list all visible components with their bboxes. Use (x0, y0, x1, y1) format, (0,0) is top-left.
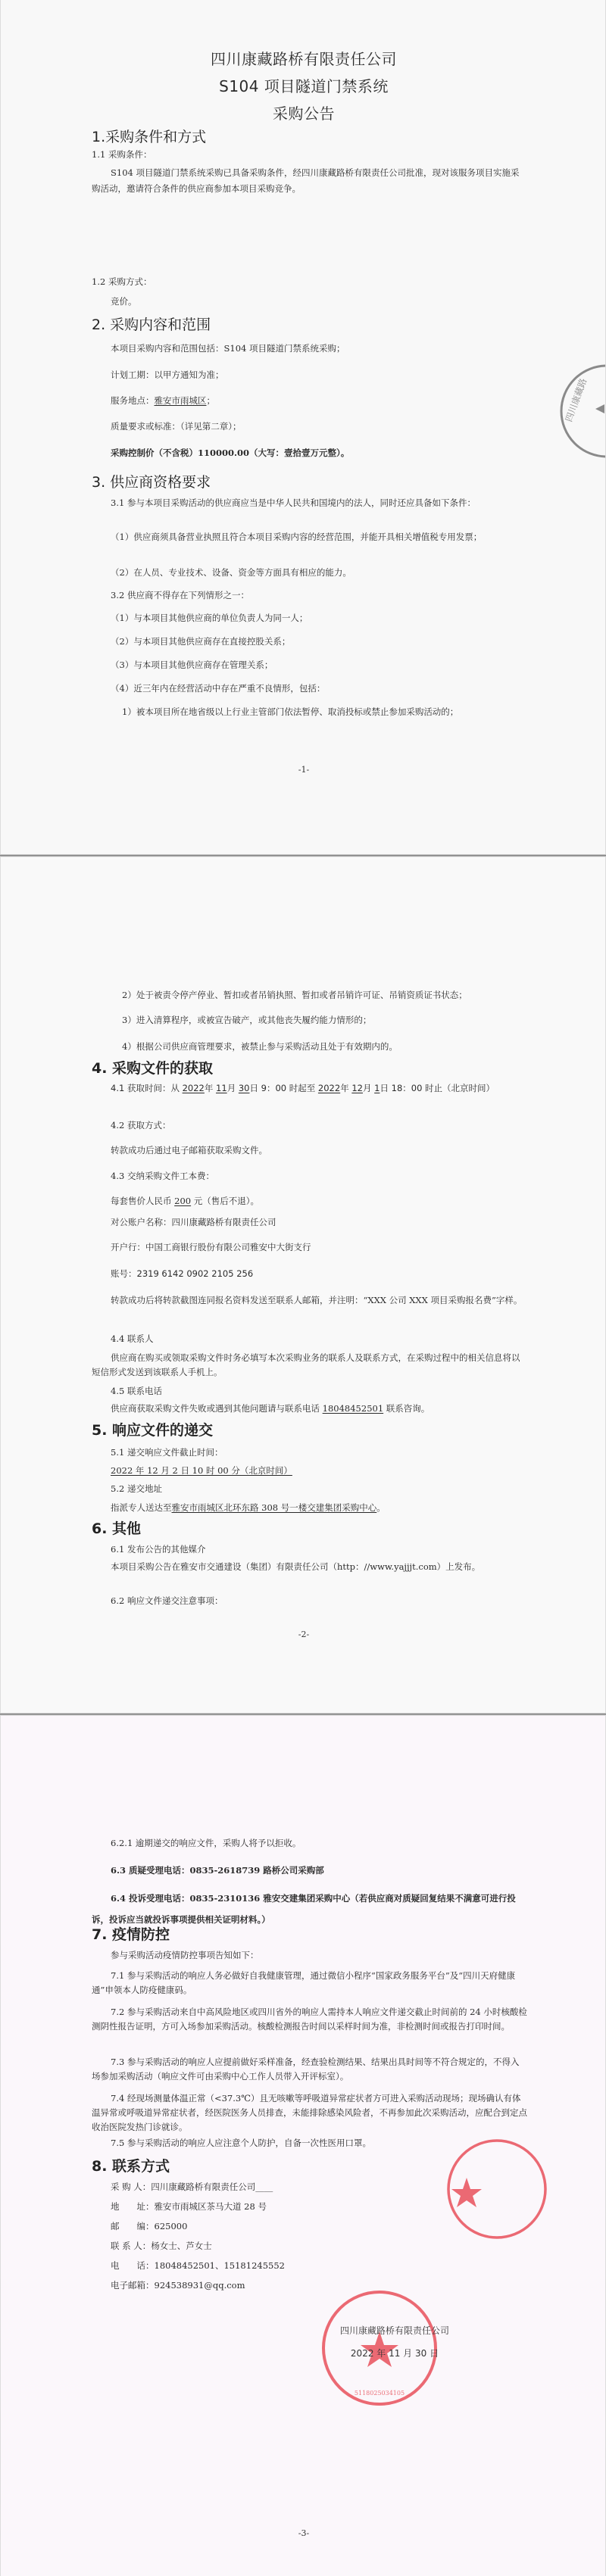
svg-text:5118025034105: 5118025034105 (355, 2390, 405, 2397)
contact-phone-link: 18048452501 (323, 1403, 383, 1414)
location-value: 雅安市雨城区 (155, 395, 207, 406)
s7-item-3: 7.3 参与采购活动的响应人应提前做好采样准备，经查验检测结果、结果出具时间等不… (92, 2055, 527, 2084)
s1-2-text: 竞价。 (111, 294, 535, 309)
s3-1-text: 3.1 参与本项目采购活动的供应商应当是中华人民共和国境内的法人，同时还应具备如… (92, 496, 527, 510)
section-6-heading: 6. 其他 (92, 1517, 141, 1538)
s4-4-label: 4.4 联系人 (111, 1331, 535, 1346)
location-text: 服务地点：雅安市雨城区； (111, 393, 535, 408)
account-name: 对公账户名称：四川康藏路桥有限责任公司 (111, 1215, 535, 1230)
page-number-2: -2- (1, 1629, 606, 1639)
svg-text:四川康藏路: 四川康藏路 (563, 376, 589, 423)
page-number-1: -1- (1, 765, 606, 775)
s1-1-text: S104 项目隧道门禁系统采购已具备采购条件，经四川康藏路桥有限责任公司批准，现… (92, 165, 527, 197)
s6-1-label: 6.1 发布公告的其他媒介 (111, 1542, 535, 1557)
section-5-heading: 5. 响应文件的递交 (92, 1419, 213, 1439)
page-number-3: -3- (1, 2528, 606, 2538)
company-seal-partial: 四川康藏路 (558, 362, 606, 460)
section-1-heading: 1.采购条件和方式 (92, 126, 206, 146)
s5-2-label: 5.2 递交地址 (111, 1481, 535, 1496)
transfer-note: 转款成功后将转款截图连同报名资料发送至联系人邮箱，并注明：“XXX 公司 XXX… (92, 1290, 527, 1311)
s7-item-2: 7.2 参与采购活动来自中高风险地区或四川省外的响应人需持本人响应文件递交截止时… (92, 2005, 527, 2034)
s3-2-item-4: （4）近三年内在经营活动中存在严重不良情形，包括： (111, 681, 535, 696)
bad-item-3: 3）进入清算程序，或被宣告破产，或其他丧失履约能力情形的； (122, 1012, 546, 1028)
section-3-heading: 3. 供应商资格要求 (92, 471, 211, 491)
s7-item-4: 7.4 经现场测量体温正常（<37.3℃）且无咳嗽等呼吸道异常症状者方可进入采购… (92, 2091, 527, 2135)
doc-type-title: 采购公告 (1, 101, 606, 123)
bad-item-1: 1）被本项目所在地省级以上行业主管部门依法暂停、取消投标或禁止参加采购活动的； (122, 704, 546, 719)
s7-intro: 参与采购活动疫情防控事项告知如下： (111, 1948, 535, 1963)
s4-5-text: 供应商获取采购文件失败或遇到其他问题请与联系电话 18048452501 联系咨… (111, 1401, 535, 1416)
s7-item-1: 7.1 参与采购活动的响应人务必做好自我健康管理，通过微信小程序“国家政务服务平… (92, 1969, 527, 1997)
signature-date: 2022 年 11 月 30 日 (334, 2347, 455, 2359)
scope-text: 本项目采购内容和范围包括：S104 项目隧道门禁系统采购； (111, 341, 535, 356)
s3-2-item-3: （3）与本项目其他供应商存在管理关系； (111, 657, 535, 672)
s5-1-value: 2022 年 12 月 2 日 10 时 00 分（北京时间） (111, 1463, 535, 1478)
s4-2-text: 转款成功后通过电子邮箱获取采购文件。 (111, 1143, 535, 1158)
s1-2-label: 1.2 采购方式： (92, 274, 516, 289)
section-4-heading: 4. 采购文件的获取 (92, 1057, 213, 1077)
s1-1-label: 1.1 采购条件： (92, 147, 516, 162)
s4-4-text: 供应商在购买或领取采购文件时务必填写本次采购业务的联系人及联系方式，在采购过程中… (92, 1351, 527, 1380)
s3-2-item-1: （1）与本项目其他供应商的单位负责人为同一人； (111, 610, 535, 625)
s6-1-text: 本项目采购公告在雅安市交通建设（集团）有限责任公司（http：//www.yaj… (92, 1560, 527, 1574)
s4-3-text: 每套售价人民币 200 元（售后不退）。 (111, 1193, 535, 1208)
signature-company: 四川康藏路桥有限责任公司 (319, 2324, 470, 2337)
bad-item-4: 4）根据公司供应商管理要求，被禁止参与采购活动且处于有效期内的。 (122, 1039, 546, 1054)
seal-icon (444, 2136, 550, 2242)
s4-1-text: 4.1 获取时间：从 2022年 11月 30日 9：00 时起至 2022年 … (92, 1081, 527, 1096)
schedule-text: 计划工期：以甲方通知为准； (111, 367, 535, 382)
s6-2-label: 6.2 响应文件递交注意事项： (111, 1593, 535, 1608)
page-1: 四川康藏路桥有限责任公司 S104 项目隧道门禁系统 采购公告 1.采购条件和方… (0, 0, 606, 854)
quality-text: 质量要求或标准：（详见第二章）； (111, 419, 535, 434)
s4-3-label: 4.3 交纳采购文件工本费： (111, 1168, 535, 1184)
section-8-heading: 8. 联系方式 (92, 2155, 170, 2175)
account-number: 账号：2319 6142 0902 2105 256 (111, 1266, 535, 1281)
s6-2-1-text: 6.2.1 逾期递交的响应文件，采购人将予以拒收。 (111, 1835, 535, 1851)
bad-item-2: 2）处于被责令停产停业、暂扣或者吊销执照、暂扣或者吊销许可证、吊销资质证书状态； (122, 987, 546, 1003)
company-seal-upper (444, 2136, 550, 2242)
bank-name: 开户行：中国工商银行股份有限公司雅安中大街支行 (111, 1240, 535, 1255)
page-3: 6.2.1 逾期递交的响应文件，采购人将予以拒收。 6.3 质疑受理电话：083… (0, 1716, 606, 2576)
company-title: 四川康藏路桥有限责任公司 (1, 47, 606, 69)
phone-line: 电 话：18048452501、15181245552 (111, 2258, 535, 2273)
section-2-heading: 2. 采购内容和范围 (92, 313, 211, 334)
s4-5-label: 4.5 联系电话 (111, 1383, 535, 1399)
delivery-address: 雅安市雨城区北环东路 308 号一楼交建集团采购中心 (172, 1502, 377, 1513)
section-7-heading: 7. 疫情防控 (92, 1923, 170, 1944)
s6-3-text: 6.3 质疑受理电话：0835-2618739 路桥公司采购部 (111, 1863, 535, 1878)
s3-2-item-2: （2）与本项目其他供应商存在直接控股关系； (111, 634, 535, 649)
s5-2-text: 指派专人送达至雅安市雨城区北环东路 308 号一楼交建集团采购中心。 (111, 1500, 535, 1515)
project-title: S104 项目隧道门禁系统 (1, 74, 606, 96)
s4-2-label: 4.2 获取方式： (111, 1118, 535, 1133)
control-price: 采购控制价（不含税）110000.00（大写：壹拾壹万元整）。 (111, 445, 535, 460)
s3-1-item-2: （2）在人员、专业技术、设备、资金等方面具有相应的能力。 (111, 565, 535, 580)
s5-1-label: 5.1 递交响应文件截止时间： (111, 1445, 535, 1460)
s3-1-item-1: （1）供应商须具备营业执照且符合本项目采购内容的经营范围，并能开具相关增值税专用… (92, 530, 527, 544)
seal-icon: 四川康藏路 (558, 362, 606, 460)
s3-2-text: 3.2 供应商不得存在下列情形之一： (111, 588, 535, 603)
page-2: 2）处于被责令停产停业、暂扣或者吊销执照、暂扣或者吊销许可证、吊销资质证书状态；… (0, 857, 606, 1713)
